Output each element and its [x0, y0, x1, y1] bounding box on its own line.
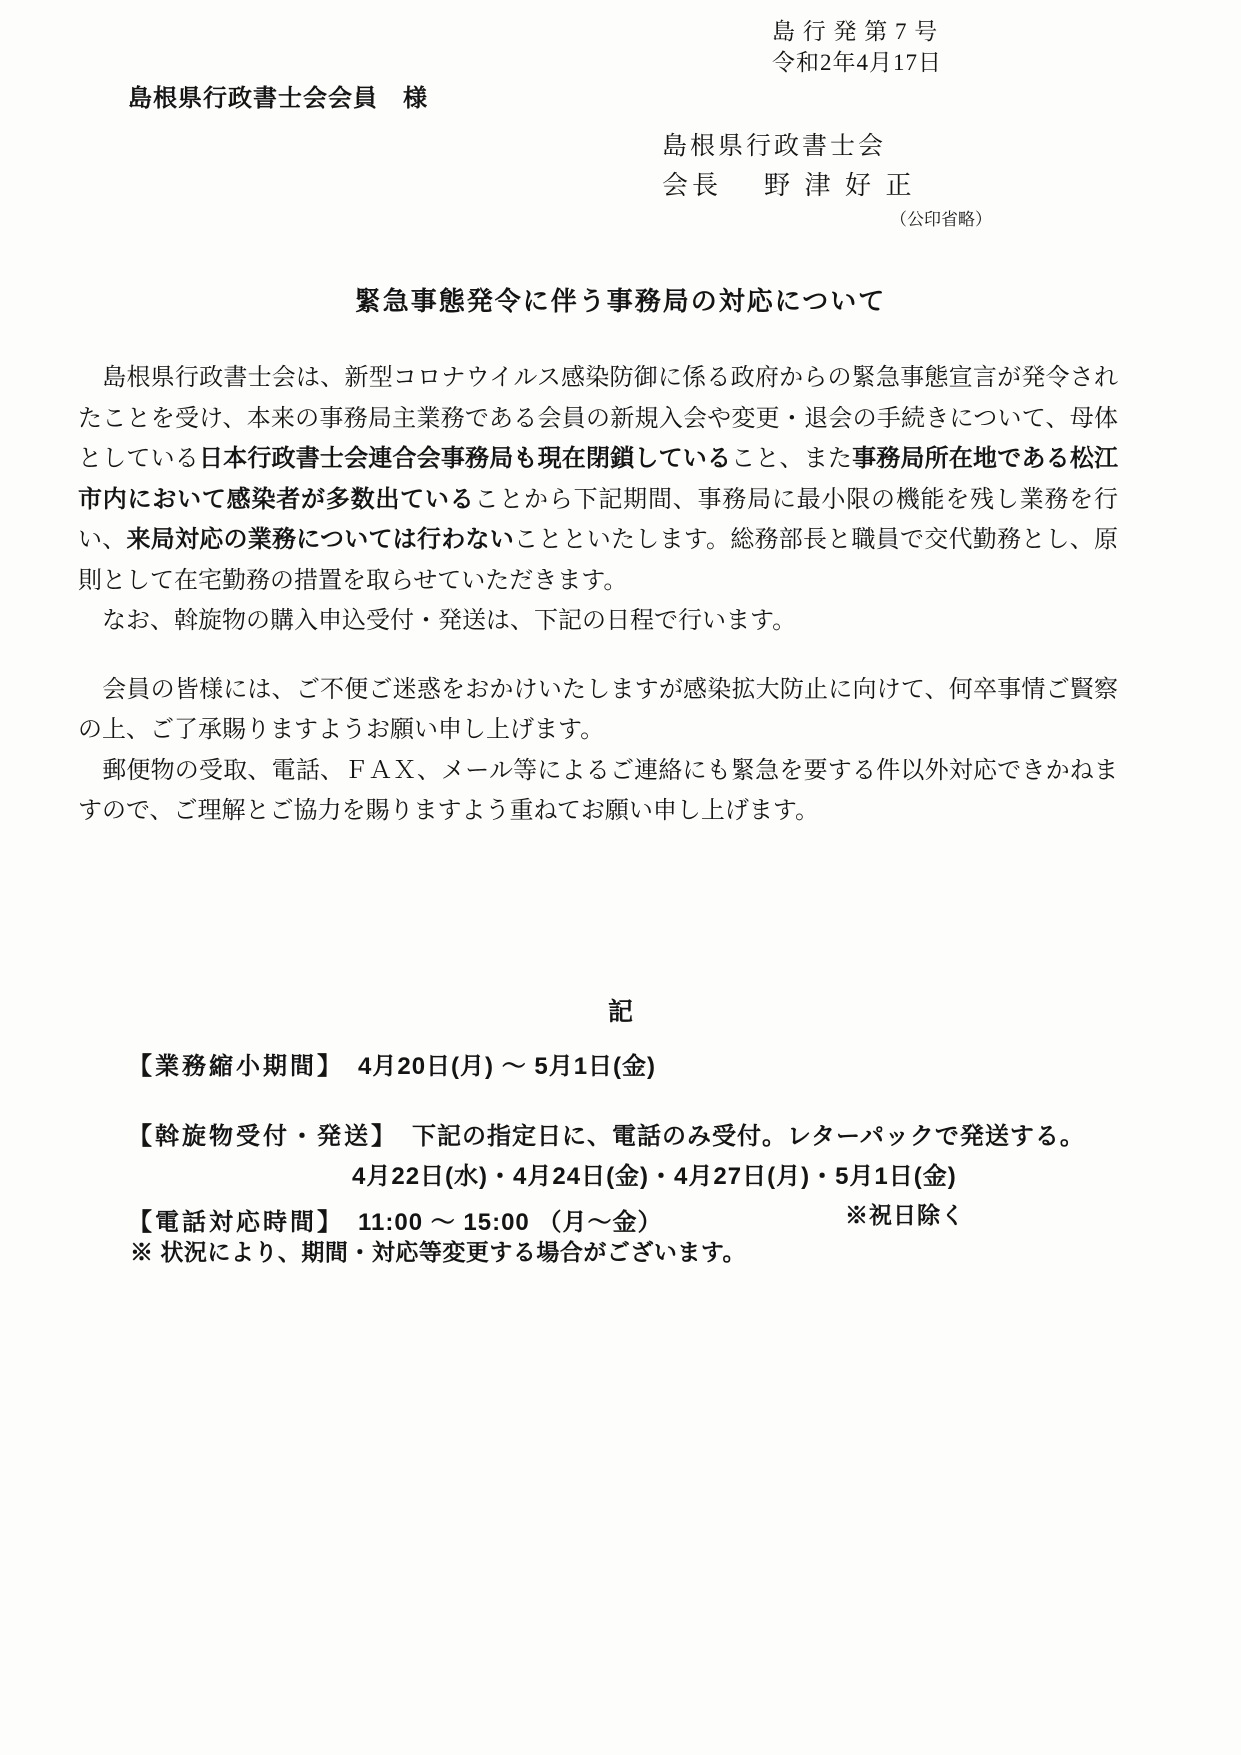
sender-signature: 会長野 津 好 正	[662, 165, 992, 202]
footer-note: ※ 状況により、期間・対応等変更する場合がございます。	[130, 1234, 746, 1267]
recipient-line: 島根県行政書士会会員 様	[128, 78, 428, 113]
notice-items: 【業務縮小期間】4月20日(月) ～ 5月1日(金) 【斡旋物受付・発送】下記の…	[128, 1050, 1138, 1240]
record-mark: 記	[0, 992, 1241, 1028]
item-value: 11:00 ～ 15:00 （月～金）	[358, 1209, 662, 1236]
scanned-letter-page: 島 行 発 第 7 号 令和2年4月17日 島根県行政書士会会員 様 島根県行政…	[0, 0, 1241, 1755]
emphasis-text: 日本行政書士会連合会事務局も現在閉鎖している	[199, 445, 731, 472]
emphasis-text: 来局対応の業務については行わない	[127, 526, 514, 553]
paragraph-1: 島根県行政書士会は、新型コロナウイルス感染防御に係る政府からの緊急事態宣言が発令…	[78, 358, 1118, 601]
sender-block: 島根県行政書士会 会長野 津 好 正 （公印省略）	[662, 126, 992, 230]
item-value: 4月20日(月) ～ 5月1日(金)	[358, 1053, 656, 1080]
notice-item-goods-shipping: 【斡旋物受付・発送】下記の指定日に、電話のみ受付。レターパックで発送する。	[128, 1120, 1138, 1154]
issue-date: 令和2年4月17日	[772, 47, 942, 78]
letter-body: 島根県行政書士会は、新型コロナウイルス感染防御に係る政府からの緊急事態宣言が発令…	[78, 358, 1118, 832]
sender-name: 野 津 好 正	[764, 171, 916, 200]
document-title: 緊急事態発令に伴う事務局の対応について	[0, 281, 1241, 318]
item-label: 【業務縮小期間】	[128, 1053, 344, 1080]
sender-organization: 島根県行政書士会	[662, 126, 992, 162]
notice-item-reduced-period: 【業務縮小期間】4月20日(月) ～ 5月1日(金)	[128, 1050, 1138, 1084]
paragraph-1-note: なお、斡旋物の購入申込受付・発送は、下記の日程で行います。	[78, 601, 1118, 642]
sender-role: 会長	[662, 171, 722, 200]
paragraph-3: 郵便物の受取、電話、ＦＡＸ、メール等によるご連絡にも緊急を要する件以外対応できか…	[78, 751, 1118, 832]
item-value: 下記の指定日に、電話のみ受付。レターパックで発送する。	[412, 1123, 1085, 1150]
holiday-exclusion-note: ※祝日除く	[845, 1198, 965, 1232]
seal-omitted-note: （公印省略）	[662, 205, 992, 230]
paragraph-2: 会員の皆様には、ご不便ご迷惑をおかけいたしますが感染拡大防止に向けて、何卒事情ご…	[78, 670, 1118, 751]
document-number: 島 行 発 第 7 号	[772, 16, 942, 47]
notice-item-shipping-dates: 4月22日(水)・4月24日(金)・4月27日(月)・5月1日(金)	[128, 1160, 1138, 1194]
item-label: 【電話対応時間】	[128, 1209, 344, 1236]
document-meta: 島 行 発 第 7 号 令和2年4月17日	[772, 16, 942, 78]
body-text: こと、また	[731, 446, 852, 472]
item-label: 【斡旋物受付・発送】	[128, 1123, 398, 1150]
